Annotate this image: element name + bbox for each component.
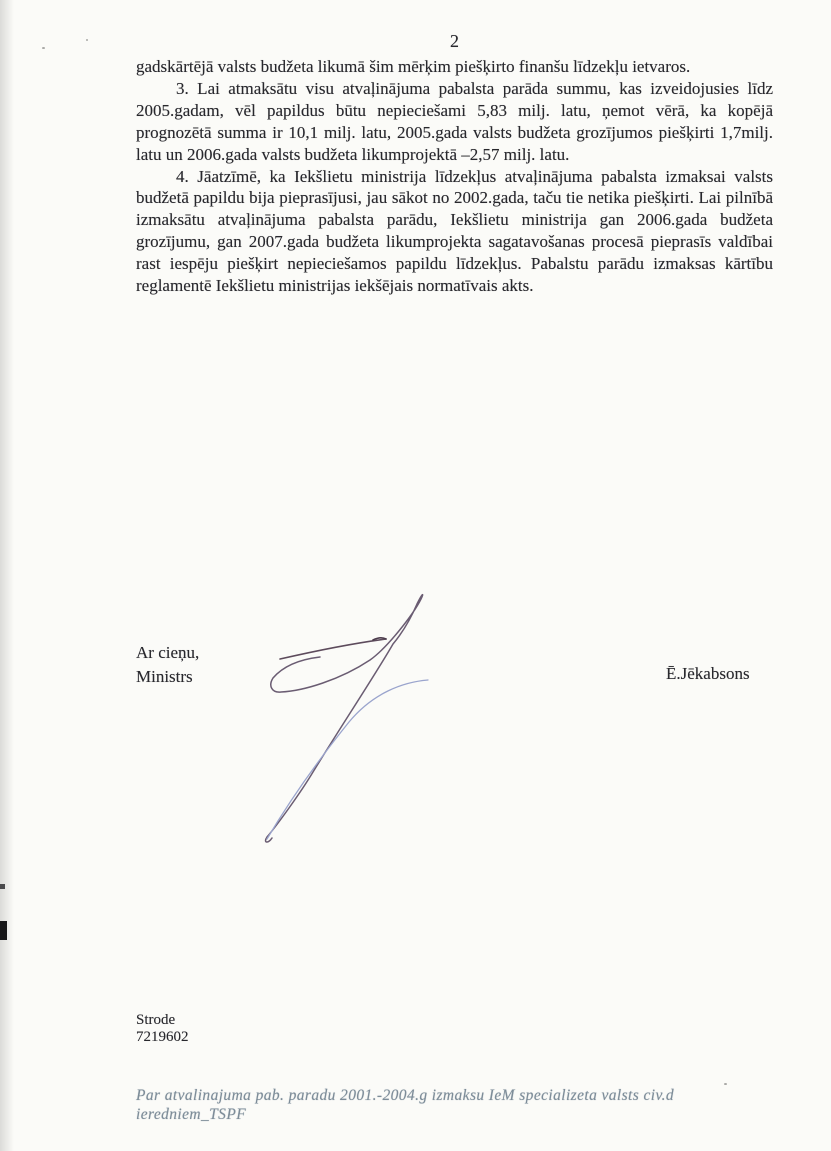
signer-name: Ē.Jēkabsons: [666, 663, 750, 685]
paragraph-point-3: 3. Lai atmaksātu visu atvaļinājuma pabal…: [136, 78, 773, 166]
contact-block: Strode 7219602: [136, 1012, 189, 1046]
contact-phone: 7219602: [136, 1029, 189, 1046]
scan-edge-shading: [0, 0, 14, 1151]
handwritten-signature: [245, 580, 445, 850]
dust-speck: [42, 47, 45, 49]
footer-file-reference: Par atvalinajuma pab. paradu 2001.-2004.…: [136, 1086, 776, 1124]
document-body: gadskārtējā valsts budžeta likumā šim mē…: [136, 56, 773, 297]
scan-edge-mark: [0, 884, 5, 889]
closing-title: Ministrs: [136, 666, 193, 688]
closing-salutation: Ar cieņu,: [136, 642, 199, 664]
page-number: 2: [136, 30, 773, 52]
paragraph-point-4: 4. Jāatzīmē, ka Iekšlietu ministrija līd…: [136, 166, 773, 297]
dust-speck: [86, 39, 88, 41]
scanned-document-page: 2 gadskārtējā valsts budžeta likumā šim …: [0, 0, 831, 1151]
scan-edge-black-block: [0, 921, 7, 940]
paragraph-continuation: gadskārtējā valsts budžeta likumā šim mē…: [136, 56, 773, 78]
dust-speck: [724, 1083, 727, 1085]
contact-name: Strode: [136, 1012, 189, 1029]
